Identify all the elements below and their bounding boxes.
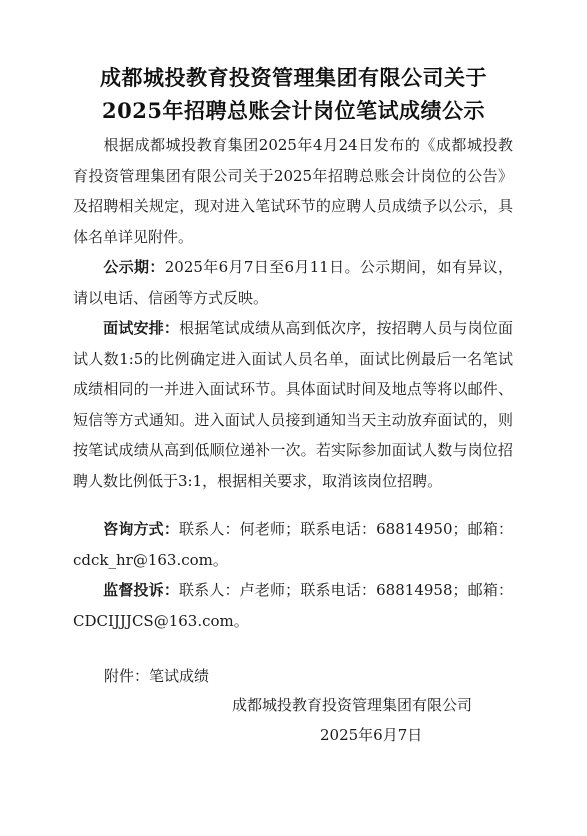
intro-paragraph: 根据成都城投教育集团2025年4月24日发布的《成都城投教育投资管理集团有限公司… [73,130,513,252]
intro-text: 根据成都城投教育集团2025年4月24日发布的《成都城投教育投资管理集团有限公司… [73,136,513,246]
complaint-paragraph: 监督投诉：联系人：卢老师；联系电话：68814958；邮箱：CDCIJJJCS@… [73,575,513,636]
consult-end: 。 [213,551,228,569]
period-label: 公示期： [103,258,165,276]
interview-text: 根据笔试成绩从高到低次序，按招聘人员与岗位面试人数1:5的比例确定进入面试人员名… [73,319,513,490]
document-page: 成都城投教育投资管理集团有限公司关于 2025年招聘总账会计岗位笔试成绩公示 根… [0,0,587,836]
signature-organization: 成都城投教育投资管理集团有限公司 [232,691,472,719]
complaint-end: 。 [234,612,249,630]
consult-text: 联系人：何老师；联系电话：68814950；邮箱： [179,520,513,538]
document-title-line1: 成都城投教育投资管理集团有限公司关于 [0,63,587,93]
document-title-line2: 2025年招聘总账会计岗位笔试成绩公示 [0,96,587,126]
interview-paragraph: 面试安排：根据笔试成绩从高到低次序，按招聘人员与岗位面试人数1:5的比例确定进入… [73,313,513,496]
consult-label: 咨询方式： [103,520,179,538]
consult-email-link[interactable]: cdck_hr@163.com [73,551,213,569]
signature-date: 2025年6月7日 [320,721,422,749]
consult-paragraph: 咨询方式：联系人：何老师；联系电话：68814950；邮箱：cdck_hr@16… [73,514,513,575]
period-paragraph: 公示期：2025年6月7日至6月11日。公示期间，如有异议，请以电话、信函等方式… [73,252,513,313]
interview-label: 面试安排： [103,319,179,337]
complaint-label: 监督投诉： [103,581,179,599]
attachment-note[interactable]: 附件：笔试成绩 [104,662,209,690]
complaint-email-link[interactable]: CDCIJJJCS@163.com [73,612,234,630]
complaint-text: 联系人：卢老师；联系电话：68814958；邮箱： [179,581,513,599]
